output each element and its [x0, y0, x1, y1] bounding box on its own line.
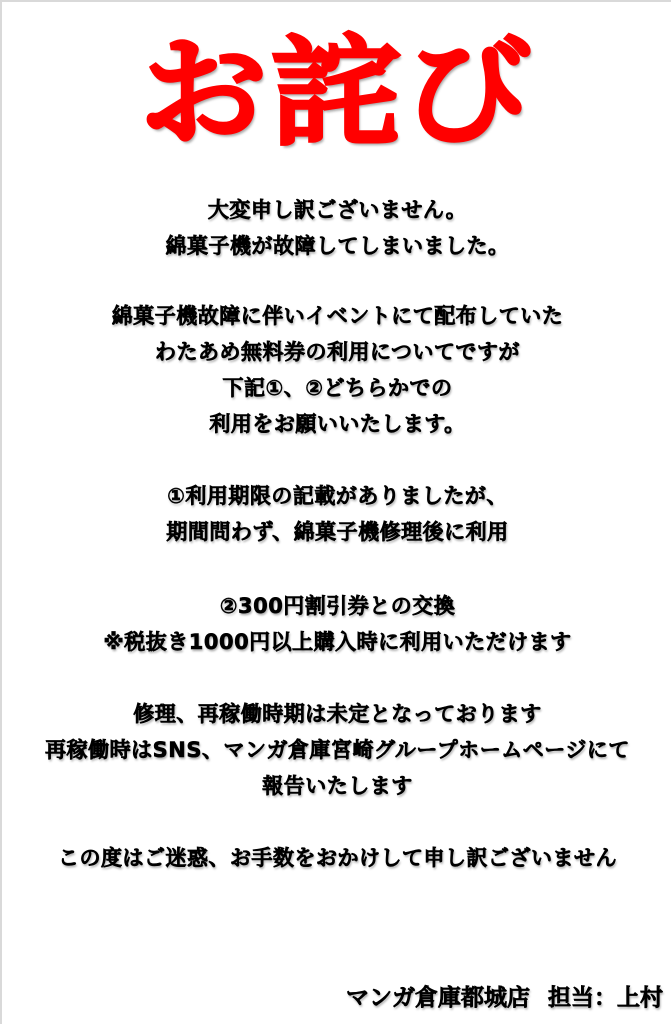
text-line: ①利用期限の記載がありましたが、: [2, 478, 671, 514]
text-line: 再稼働時はSNS、マンガ倉庫宮崎グループホームページにて: [2, 732, 671, 768]
contact-person: 担当：上村: [548, 985, 663, 1011]
store-name: マンガ倉庫都城店: [346, 985, 530, 1011]
text-line: 修理、再稼働時期は未定となっております: [2, 696, 671, 732]
text-line: ②300円割引券との交換: [2, 588, 671, 624]
text-line: この度はご迷惑、お手数をおかけして申し訳ございません: [2, 840, 671, 876]
text-line: 利用をお願いいたします。: [2, 406, 671, 442]
paragraph-option-1: ①利用期限の記載がありましたが、 期間問わず、綿菓子機修理後に利用: [2, 478, 671, 550]
text-line: 下記①、②どちらかでの: [2, 370, 671, 406]
notice-title: お詫び: [2, 30, 671, 159]
paragraph-apology: 大変申し訳ございません。 綿菓子機が故障してしまいました。: [2, 192, 671, 264]
paragraph-repair-status: 修理、再稼働時期は未定となっております 再稼働時はSNS、マンガ倉庫宮崎グループ…: [2, 696, 671, 804]
text-line: ※税抜き1000円以上購入時に利用いただけます: [2, 624, 671, 660]
paragraph-option-2: ②300円割引券との交換 ※税抜き1000円以上購入時に利用いただけます: [2, 588, 671, 660]
text-line: 期間問わず、綿菓子機修理後に利用: [2, 514, 671, 550]
text-line: 綿菓子機が故障してしまいました。: [2, 228, 671, 264]
notice-footer: マンガ倉庫都城店担当：上村: [346, 980, 663, 1016]
text-line: 綿菓子機故障に伴いイベントにて配布していた: [2, 298, 671, 334]
notice-page: お詫び 大変申し訳ございません。 綿菓子機が故障してしまいました。 綿菓子機故障…: [0, 0, 671, 1024]
paragraph-closing: この度はご迷惑、お手数をおかけして申し訳ございません: [2, 840, 671, 876]
text-line: わたあめ無料券の利用についてですが: [2, 334, 671, 370]
text-line: 大変申し訳ございません。: [2, 192, 671, 228]
text-line: 報告いたします: [2, 768, 671, 804]
paragraph-coupon-info: 綿菓子機故障に伴いイベントにて配布していた わたあめ無料券の利用についてですが …: [2, 298, 671, 442]
